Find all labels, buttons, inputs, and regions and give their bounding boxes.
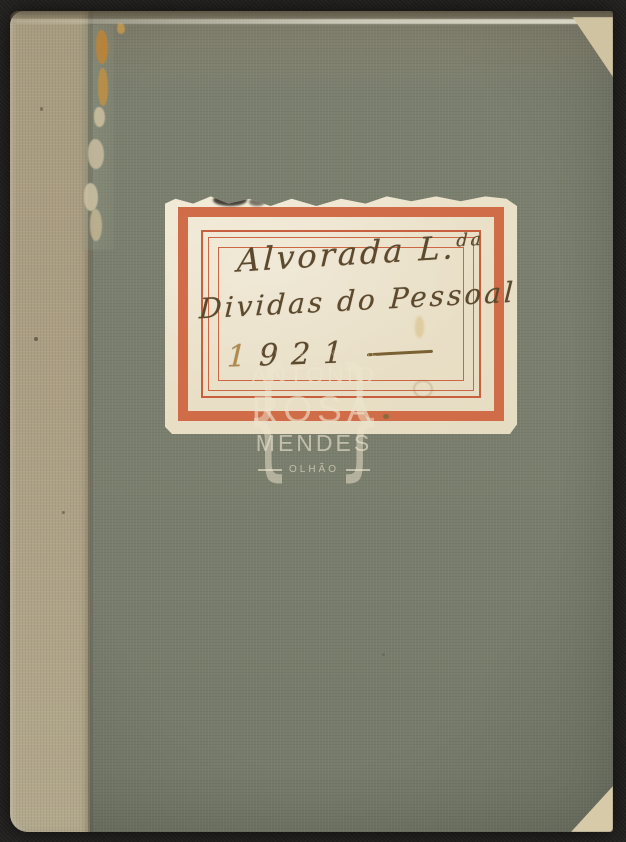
photo-background: Alvorada L.da Dividas do Pessoal 1921 { …	[0, 0, 626, 842]
handwritten-year: 1921	[226, 332, 433, 374]
top-edge-highlight	[16, 19, 609, 24]
wear-patch	[90, 209, 102, 241]
spine-speck	[40, 107, 43, 111]
book-spine	[10, 11, 90, 832]
wear-patch	[117, 23, 125, 34]
wear-patch	[84, 183, 98, 211]
title-label: Alvorada L.da Dividas do Pessoal 1921	[165, 194, 517, 434]
brown-speck	[383, 414, 389, 419]
title-superscript: da	[456, 230, 485, 252]
year-digit-light: 1	[226, 338, 259, 374]
cover-speck	[382, 653, 385, 656]
wear-patch	[94, 107, 105, 127]
year-dash	[367, 349, 433, 355]
top-board-edge	[10, 11, 613, 19]
year-digits: 921	[259, 335, 356, 373]
spine-speck	[62, 511, 65, 514]
wear-patch	[98, 68, 108, 106]
ring-stain	[413, 380, 433, 398]
wear-patch	[96, 30, 108, 64]
spine-seam	[88, 11, 93, 832]
spine-speck	[34, 337, 38, 341]
wear-patch	[88, 139, 104, 169]
